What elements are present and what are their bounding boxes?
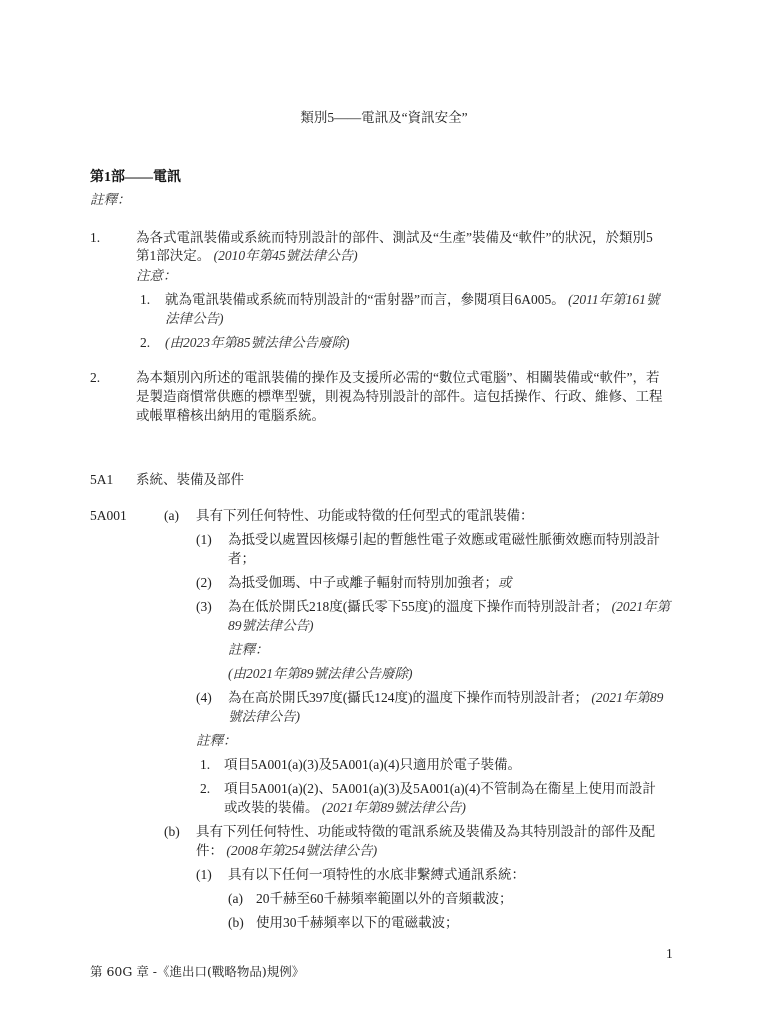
note-1-citation: (2010年第45號法律公告)	[214, 248, 358, 263]
item-a4-text: 為在高於開氏397度(攝氏124度)的溫度下操作而特別設計者； (2021年第8…	[228, 688, 663, 708]
item-a2-suffix: 或	[498, 575, 512, 590]
note-1-subnote-label: 注意：	[136, 266, 177, 286]
item-a-note-2-citation: (2021年第89號法律公告)	[322, 800, 466, 815]
item-a3-body: 為在低於開氏218度(攝氏零下55度)的溫度下操作而特別設計者；	[228, 599, 608, 614]
subnote-2-text: (由2023年第85號法律公告廢除)	[165, 333, 350, 353]
item-a-text: 具有下列任何特性、功能或特徵的任何型式的電訊裝備：	[196, 506, 534, 526]
note-2-number: 2.	[90, 368, 100, 388]
section-code: 5A1	[90, 470, 113, 490]
item-a-note-2-body: 或改裝的裝備。	[224, 800, 319, 815]
item-a4-label: (4)	[196, 688, 212, 708]
item-b-label: (b)	[164, 822, 180, 842]
page-number: 1	[666, 944, 673, 964]
item-b1-label: (1)	[196, 865, 212, 885]
item-a-note-1-number: 1.	[200, 755, 210, 775]
note-2-text-line1: 為本類別內所述的電訊裝備的操作及支援所必需的“數位式電腦”、相關裝備或“軟件”，…	[136, 368, 659, 388]
item-a4-citation-line2: 號法律公告)	[228, 707, 300, 727]
item-a1-label: (1)	[196, 530, 212, 550]
item-b-body: 件：	[196, 843, 223, 858]
item-a-notes-label: 註釋：	[196, 731, 237, 751]
item-a-note-2-number: 2.	[200, 779, 210, 799]
item-b1b-label: (b)	[228, 913, 244, 933]
note-2-text-line3: 或帳單稽核出納用的電腦系統。	[136, 406, 325, 426]
subnote-1-citation: (2011年第161號	[568, 292, 659, 307]
item-a4-citation: (2021年第89	[591, 690, 663, 705]
section-title: 系統、裝備及部件	[136, 470, 244, 490]
note-1-number: 1.	[90, 228, 100, 248]
item-a3-note-label: 註釋：	[228, 640, 269, 660]
note-2-text-line2: 是製造商慣常供應的標準型號，則視為特別設計的部件。這包括操作、行政、維修、工程	[136, 387, 663, 407]
item-a1-text-line2: 者；	[228, 549, 255, 569]
subnote-1-number: 1.	[140, 290, 150, 310]
item-b1b-text: 使用30千赫頻率以下的電磁載波；	[256, 913, 459, 933]
item-a2-label: (2)	[196, 573, 212, 593]
subnote-1-body: 就為電訊裝備或系統而特別設計的“雷射器”而言，參閱項目6A005。	[165, 292, 565, 307]
item-a4-body: 為在高於開氏397度(攝氏124度)的溫度下操作而特別設計者；	[228, 690, 588, 705]
item-a2-body: 為抵受伽瑪、中子或離子輻射而特別加強者；	[228, 575, 498, 590]
item-a-label: (a)	[164, 506, 179, 526]
item-b-text-line2: 件： (2008年第254號法律公告)	[196, 841, 377, 861]
note-1-text: 第1部決定。	[136, 248, 210, 263]
note-1-text-line2: 第1部決定。 (2010年第45號法律公告)	[136, 246, 358, 266]
footer-chapter: 第 60G 章 -《進出口(戰略物品)規例》	[90, 962, 304, 982]
item-a-note-2-text-line1: 項目5A001(a)(2)、5A001(a)(3)及5A001(a)(4)不管制…	[224, 779, 656, 799]
item-a1-text-line1: 為抵受以處置因核爆引起的暫態性電子效應或電磁性脈衝效應而特別設計	[228, 530, 660, 550]
part-note-label: 註釋：	[90, 190, 131, 210]
item-a3-citation-line2: 89號法律公告)	[228, 616, 314, 636]
document-title: 類別5——電訊及“資訊安全”	[0, 108, 768, 128]
item-a3-citation: (2021年第	[612, 599, 671, 614]
item-b1a-text: 20千赫至60千赫頻率範圍以外的音頻載波；	[256, 889, 513, 909]
item-a-note-1-text: 項目5A001(a)(3)及5A001(a)(4)只適用於電子裝備。	[224, 755, 521, 775]
part-title: 第1部——電訊	[90, 168, 181, 188]
item-b1-text: 具有以下任何一項特性的水底非繫縛式通訊系統：	[228, 865, 525, 885]
item-b1a-label: (a)	[228, 889, 243, 909]
item-a-note-2-text-line2: 或改裝的裝備。 (2021年第89號法律公告)	[224, 798, 466, 818]
item-a3-note-text: (由2021年第89號法律公告廢除)	[228, 664, 413, 684]
subnote-1-citation-line2: 法律公告)	[165, 309, 224, 329]
item-code: 5A001	[90, 506, 127, 526]
item-b-text-line1: 具有下列任何特性、功能或特徵的電訊系統及裝備及為其特別設計的部件及配	[196, 822, 655, 842]
item-a3-label: (3)	[196, 597, 212, 617]
note-1-text-line1: 為各式電訊裝備或系統而特別設計的部件、測試及“生產”裝備及“軟件”的狀況，於類別…	[136, 228, 653, 248]
item-a2-text: 為抵受伽瑪、中子或離子輻射而特別加強者；或	[228, 573, 512, 593]
item-a3-text: 為在低於開氏218度(攝氏零下55度)的溫度下操作而特別設計者； (2021年第	[228, 597, 670, 617]
subnote-1-text: 就為電訊裝備或系統而特別設計的“雷射器”而言，參閱項目6A005。 (2011年…	[165, 290, 659, 310]
subnote-2-number: 2.	[140, 333, 150, 353]
item-b-citation: (2008年第254號法律公告)	[226, 843, 377, 858]
